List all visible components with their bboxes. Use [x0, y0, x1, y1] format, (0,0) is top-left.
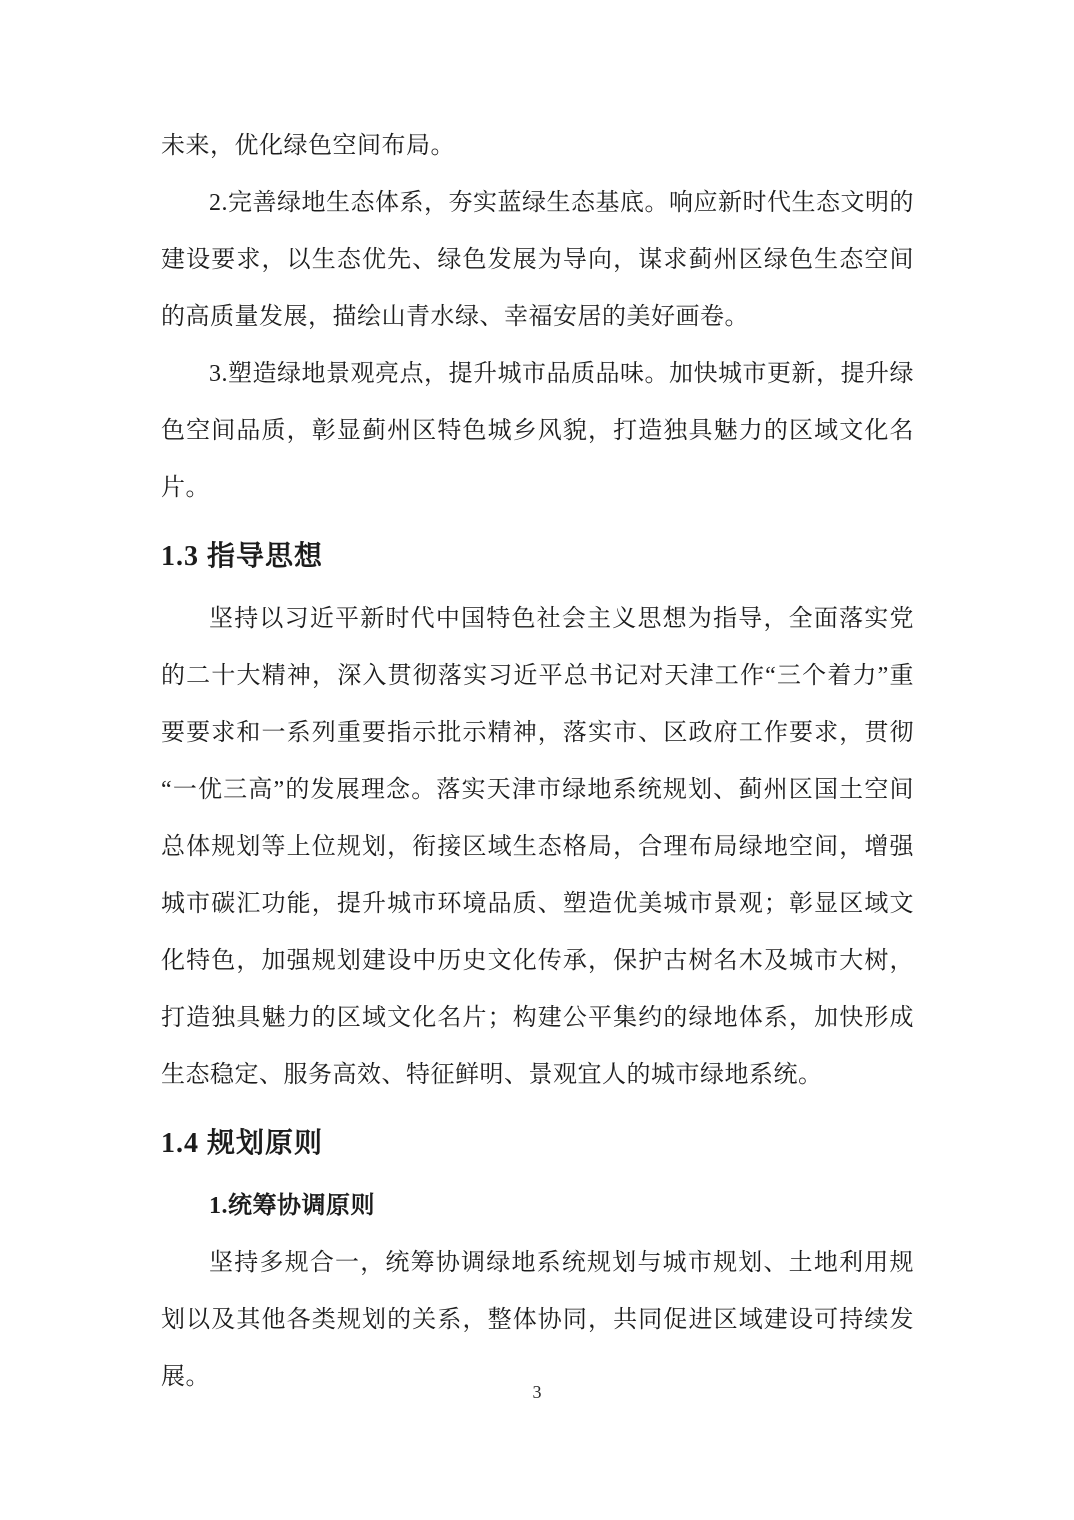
- page-footer: 3: [0, 1380, 1074, 1404]
- paragraph-continuation: 未来，优化绿色空间布局。: [161, 118, 914, 175]
- document-page: 未来，优化绿色空间布局。 2.完善绿地生态体系，夯实蓝绿生态基底。响应新时代生态…: [0, 0, 1074, 1520]
- paragraph-item-3: 3.塑造绿地景观亮点，提升城市品质品味。加快城市更新，提升绿色空间品质，彰显蓟州…: [161, 346, 914, 517]
- paragraph-guiding-ideology: 坚持以习近平新时代中国特色社会主义思想为指导，全面落实党的二十大精神，深入贯彻落…: [161, 591, 914, 1104]
- page-number: 3: [533, 1382, 542, 1402]
- document-body: 未来，优化绿色空间布局。 2.完善绿地生态体系，夯实蓝绿生态基底。响应新时代生态…: [0, 0, 1074, 1406]
- sub-heading-principle-1: 1.统筹协调原则: [161, 1178, 914, 1235]
- section-heading-1-4: 1.4 规划原则: [161, 1120, 914, 1168]
- paragraph-item-2: 2.完善绿地生态体系，夯实蓝绿生态基底。响应新时代生态文明的建设要求，以生态优先…: [161, 175, 914, 346]
- section-heading-1-3: 1.3 指导思想: [161, 533, 914, 581]
